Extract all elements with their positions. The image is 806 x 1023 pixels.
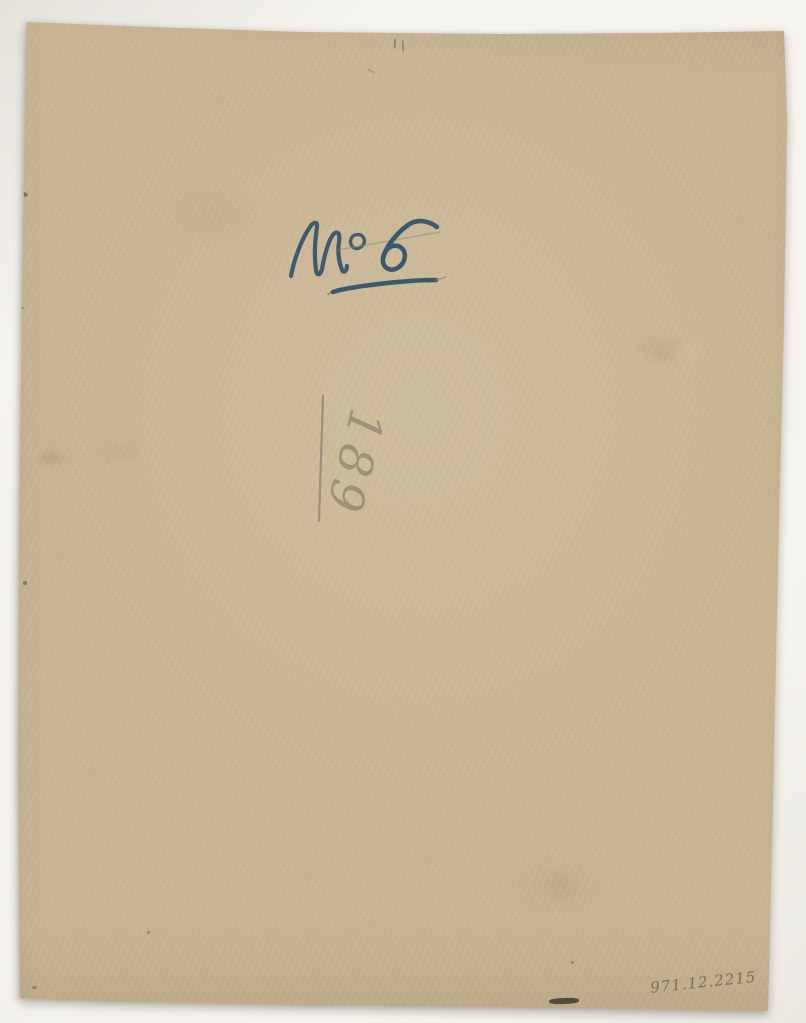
pencil-189-group: 189 [300,385,440,535]
accession-number: 971.12.2215 [649,965,780,996]
pencil-tick [402,40,404,52]
pencil-tick [367,68,375,73]
rotated-number-text: 189 [314,403,395,523]
bottom-edge-smear [549,997,579,1004]
inscription-no6 [270,200,470,300]
underline-stroke [333,280,436,292]
paper-speck [571,961,574,964]
paper-shadow-wrap: 189 971.12.2215 [0,0,806,1023]
paper-sheet: 189 971.12.2215 [0,0,806,1023]
edge-nick [17,305,24,309]
paper-speck [32,986,37,989]
pencil-tick [394,38,397,49]
photo-background: 189 971.12.2215 [0,0,806,1023]
edge-nick [19,191,29,198]
numeral-6-stroke [383,221,437,270]
paper-speck [23,581,27,585]
paper-speck [147,931,150,934]
no6-strokes [291,221,446,294]
